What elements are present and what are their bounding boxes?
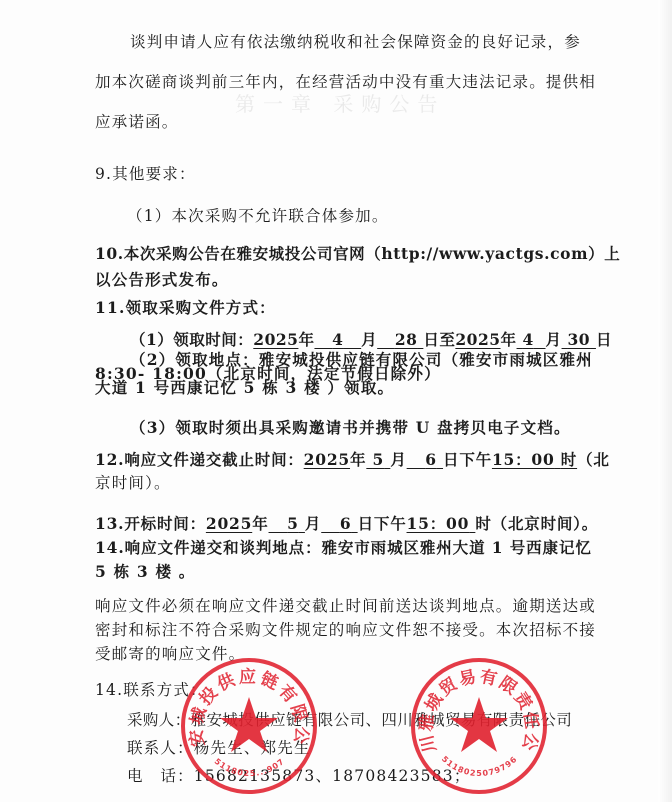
item14-place-line-2: 5 栋 3 楼 。 [95, 562, 575, 582]
item11-place-line-2: 大道 1 号西康记忆 5 栋 3 楼 ）领取。 [95, 378, 575, 398]
item9-heading: 9.其他要求： [95, 164, 575, 184]
start-year: 2025 [253, 330, 298, 349]
tax-record-line-1: 谈判申请人应有依法缴纳税收和社会保障资金的良好记录，参 [130, 32, 610, 52]
item11-heading: 11.领取采购文件方式： [95, 298, 575, 318]
pickup-time-label: （1）领取时间： [130, 330, 253, 349]
item11-place-line-1: （2）领取地点：雅安城投供应链有限公司（雅安市雨城区雅州 [130, 350, 610, 370]
company-seal-supply-chain: 雅安城投供应链有限公司 5118025...907 [178, 655, 320, 797]
star-icon [220, 697, 278, 752]
item9-sub1: （1）本次采购不允许联合体参加。 [127, 206, 607, 226]
svg-text:5118025...907: 5118025...907 [213, 757, 287, 778]
company-seal-trade: 四川雅城贸易有限责任公司 5118025079796 [408, 655, 550, 797]
item11-pickup-time: （1）领取时间：2025年 4 月 28 日至2025年 4 月 30 日 [130, 330, 610, 350]
tax-record-line-2: 加本次磋商谈判前三年内，在经营活动中没有重大违法记录。提供相 [95, 72, 575, 92]
end-month: 4 [517, 330, 546, 349]
start-month: 4 [314, 330, 361, 349]
item10-line-2: 以公告形式发布。 [95, 270, 575, 290]
deadline-year: 2025 [304, 450, 350, 469]
svg-text:5118025079796: 5118025079796 [440, 754, 519, 778]
opening-time: 15：00 [407, 514, 476, 533]
star-icon [450, 697, 508, 752]
start-day: 28 [377, 330, 423, 349]
opening-month: 5 [269, 514, 305, 533]
deadline-month: 5 [366, 450, 390, 469]
end-year: 2025 [455, 330, 500, 349]
document-page: 第一章 采购公告 谈判申请人应有依法缴纳税收和社会保障资金的良好记录，参 加本次… [0, 0, 672, 802]
deadline-day: 6 [407, 450, 443, 469]
item14-place-line-1: 14.响应文件递交和谈判地点：雅安市雨城区雅州大道 1 号西康记忆 [95, 538, 575, 558]
item12-deadline: 12.响应文件递交截止时间：2025年 5 月 6 日下午15：00 时（北 [95, 450, 575, 470]
item11-note: （3）领取时须出具采购邀请书并携带 U 盘拷贝电子文档。 [130, 418, 610, 438]
opening-year: 2025 [206, 514, 252, 533]
tax-record-line-3: 应承诺函。 [95, 112, 575, 132]
response-para-line-1: 响应文件必须在响应文件递交截止时间前送达谈判地点。逾期送达或 [95, 596, 575, 616]
page-edge-shadow [658, 0, 672, 802]
item12-tail: 京时间）。 [95, 473, 575, 493]
response-para-line-2: 密封和标注不符合采购文件规定的响应文件恕不接受。本次招标不接 [95, 620, 575, 640]
end-day: 30 [562, 330, 596, 349]
opening-day: 6 [321, 514, 357, 533]
item10-line-1: 10.本次采购公告在雅安城投公司官网（http://www.yactgs.com… [95, 244, 575, 264]
item13-opening-time: 13.开标时间：2025年 5 月 6 日下午15：00 时（北京时间）。 [95, 514, 575, 534]
deadline-time: 15：00 时 [492, 450, 577, 469]
